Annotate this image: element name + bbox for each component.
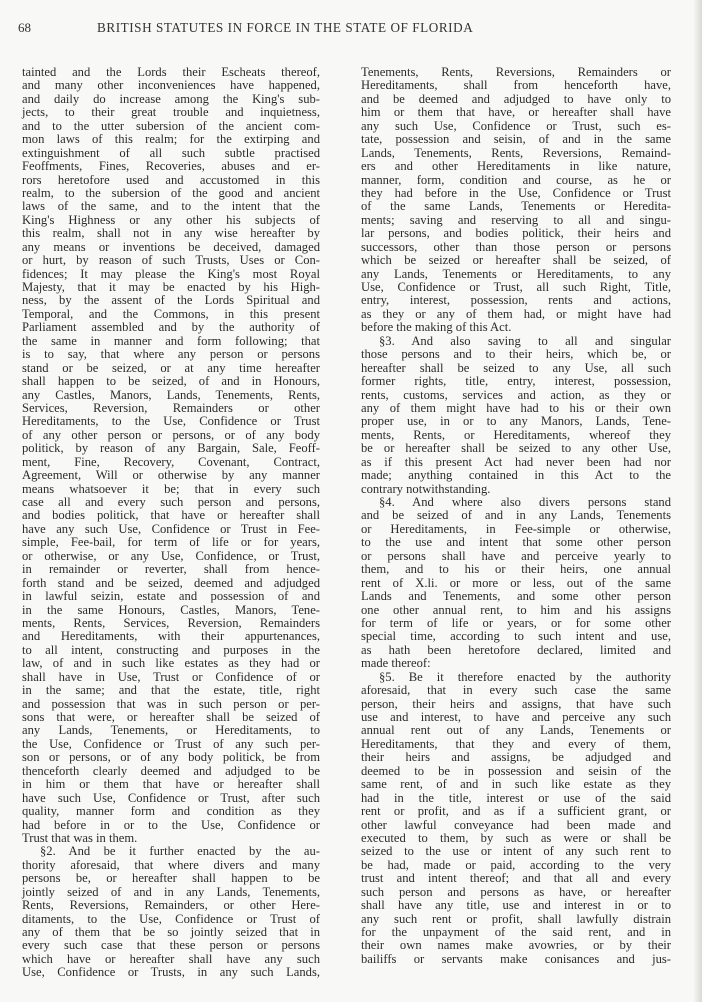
page-number: 68 (18, 20, 31, 36)
text-line: jointly seized of and in any Lands, Tene… (22, 886, 320, 899)
text-line: him or them that have, or hereafter shal… (361, 106, 671, 119)
text-line: ditaments, to the Use, Confidence or Tru… (22, 913, 320, 926)
text-line: their heirs and assigns, be adjudged and (361, 751, 671, 764)
text-line: shall have any title, use and interest i… (361, 899, 671, 912)
text-line: to all intent, constructing and purposes… (22, 644, 320, 657)
text-line: contrary notwithstanding. (361, 483, 671, 496)
text-line: any of them might have had to his or the… (361, 402, 671, 415)
text-line: those persons and to their heirs, which … (361, 348, 671, 361)
text-line: ness, by the assent of the Lords Spiritu… (22, 294, 320, 307)
text-line: had in the title, interest or use of the… (361, 792, 671, 805)
text-line: trust and intent thereof; and that all a… (361, 872, 671, 885)
text-line: be or hereafter shall be seized to any o… (361, 442, 671, 455)
text-line: ments, Rents, or Hereditaments, whereof … (361, 429, 671, 442)
text-line: executed to them, by such as were or sha… (361, 832, 671, 845)
text-line: seized to the use or intent of any such … (361, 845, 671, 858)
running-title: BRITISH STATUTES IN FORCE IN THE STATE O… (97, 20, 473, 36)
text-line: or Hereditaments, in Fee-simple or other… (361, 523, 671, 536)
text-line: thenceforth clearly deemed and adjudged … (22, 765, 320, 778)
text-line: rents, customs, services and action, as … (361, 389, 671, 402)
text-line: which be seized or hereafter shall be se… (361, 254, 671, 267)
text-line: or otherwise, or any Use, Confidence, or… (22, 550, 320, 563)
text-line: annual rent out of any Lands, Tenements … (361, 724, 671, 737)
text-line: Use, Confidence or Trusts, in any such L… (22, 966, 320, 979)
text-line: to the use and intent that some other pe… (361, 536, 671, 549)
text-line: is to say, that where any person or pers… (22, 348, 320, 361)
text-line: this realm, shall not in any wise hereaf… (22, 227, 320, 240)
text-line: the Use, Confidence or Trust of any such… (22, 738, 320, 751)
text-line: as hath been heretofore declared, limite… (361, 644, 671, 657)
text-line: in the same; and that the estate, title,… (22, 684, 320, 697)
text-line: case all and every such person and perso… (22, 496, 320, 509)
text-line: shall happen to be seized, of and in Hon… (22, 375, 320, 388)
text-line: shall have in Use, Trust or Confidence o… (22, 671, 320, 684)
text-line: forth stand and be seized, deemed and ad… (22, 577, 320, 590)
text-line: son or persons, or of any body politick,… (22, 751, 320, 764)
text-line: simple, Fee-bail, for term of life or fo… (22, 536, 320, 549)
text-line: means whatsoever it be; that in every su… (22, 483, 320, 496)
text-line: every such case that these person or per… (22, 939, 320, 952)
text-line: or persons shall have and perceive yearl… (361, 550, 671, 563)
text-line: thority aforesaid, that where divers and… (22, 859, 320, 872)
text-line: Feoffments, Fines, Recoveries, abuses an… (22, 160, 320, 173)
text-line: Hereditaments, to the Use, Confidence or… (22, 415, 320, 428)
text-line: realm, to the subersion of the good and … (22, 187, 320, 200)
text-line: §5. Be it therefore enacted by the autho… (361, 671, 671, 684)
text-line: any Lands, Tenements or Hereditaments, t… (361, 268, 671, 281)
text-line: same rent, of and in such like estate as… (361, 778, 671, 791)
text-line: of any other person or persons, or of an… (22, 429, 320, 442)
text-line: special time, according to such intent a… (361, 630, 671, 643)
text-line: bailiffs or servants make conisances and… (361, 953, 671, 966)
text-line: them, and to his or their heirs, one ann… (361, 563, 671, 576)
text-line: use and interest, to have and perceive a… (361, 711, 671, 724)
text-line: King's Highness or any other his subject… (22, 214, 320, 227)
scanned-page: 68 BRITISH STATUTES IN FORCE IN THE STAT… (0, 0, 702, 1002)
text-line: one other annual rent, to him and his as… (361, 604, 671, 617)
text-line: manner, form, condition and course, as h… (361, 174, 671, 187)
text-line: Majesty, that it may be enacted by his H… (22, 281, 320, 294)
text-line: rent or profit, and as if a sufficient g… (361, 805, 671, 818)
text-line: Hereditaments, shall from henceforth hav… (361, 79, 671, 92)
text-line: quality, manner form and condition as th… (22, 805, 320, 818)
text-line: in remainder or reverter, shall from hen… (22, 563, 320, 576)
text-line: Agreement, Will or otherwise by any mann… (22, 469, 320, 482)
text-line: before the making of this Act. (361, 321, 671, 334)
text-line: and to the utter subersion of the ancien… (22, 120, 320, 133)
text-line: any means or inventions be deceived, dam… (22, 241, 320, 254)
text-line: mon laws of this realm; for the extirpin… (22, 133, 320, 146)
text-line: in the same Honours, Castles, Manors, Te… (22, 604, 320, 617)
text-line: Lands and Tenements, and some other pers… (361, 590, 671, 603)
text-line: successors, other than those person or p… (361, 241, 671, 254)
text-line: hereafter shall be seized to any Use, al… (361, 362, 671, 375)
text-line: deemed to be in possession and seisin of… (361, 765, 671, 778)
text-line: proper use, in or to any Manors, Lands, … (361, 415, 671, 428)
text-line: for the unpayment of the said rent, and … (361, 926, 671, 939)
text-line: in him or them that have or hereafter sh… (22, 778, 320, 791)
page-edge-shadow (694, 0, 702, 1002)
text-line: and many other inconveniences have happe… (22, 79, 320, 92)
text-line: Rents, Reversions, Remainders, or other … (22, 899, 320, 912)
text-line: laws of the same, and to the intent that… (22, 200, 320, 213)
text-line: and bodies politick, that have or hereaf… (22, 509, 320, 522)
text-line: and be seized of and in any Lands, Tenem… (361, 509, 671, 522)
text-line: be had, made or paid, according to the v… (361, 859, 671, 872)
text-line: made; anything contained in this Act to … (361, 469, 671, 482)
text-line: Lands, Tenements, Rents, Reversions, Rem… (361, 147, 671, 160)
text-line: tainted and the Lords their Escheats the… (22, 66, 320, 79)
text-line: Hereditaments, that they and every of th… (361, 738, 671, 751)
text-line: tate, possession and seisin, of and in t… (361, 133, 671, 146)
text-line: any of them that be so jointly seized th… (22, 926, 320, 939)
text-line: jects, to their great trouble and inquie… (22, 106, 320, 119)
text-line: §3. And also saving to all and singular (361, 335, 671, 348)
text-line: Services, Reversion, Remainders or other (22, 402, 320, 415)
right-text-column: Tenements, Rents, Reversions, Remainders… (361, 66, 671, 966)
text-line: which have or hereafter shall have any s… (22, 953, 320, 966)
text-line: stand or be seized, or at any time herea… (22, 362, 320, 375)
text-line: sons that were, or hereafter shall be se… (22, 711, 320, 724)
text-line: and possession that was in such person o… (22, 698, 320, 711)
text-line: any such Use, Confidence or Trust, such … (361, 120, 671, 133)
text-line: persons be, or hereafter shall happen to… (22, 872, 320, 885)
text-line: their own names make avowries, or by the… (361, 939, 671, 952)
text-line: or hurt, by reason of such Trusts, Uses … (22, 254, 320, 267)
text-line: Use, Confidence or Trust, all such Right… (361, 281, 671, 294)
text-line: made thereof: (361, 657, 671, 670)
text-line: extinguishment of all such subtle practi… (22, 147, 320, 160)
text-line: former rights, title, entry, interest, p… (361, 375, 671, 388)
text-line: in lawful seizin, estate and possession … (22, 590, 320, 603)
text-line: politick, by reason of any Bargain, Sale… (22, 442, 320, 455)
text-line: other lawful conveyance had been made an… (361, 819, 671, 832)
text-line: any Lands, Tenements, or Hereditaments, … (22, 724, 320, 737)
text-line: entry, interest, possession, rents and a… (361, 294, 671, 307)
text-line: rent of X.li. or more or less, out of th… (361, 577, 671, 590)
left-text-column: tainted and the Lords their Escheats the… (22, 66, 320, 980)
text-line: person, their heirs and assigns, that ha… (361, 698, 671, 711)
text-line: have such Use, Confidence or Trust, afte… (22, 792, 320, 805)
text-line: and be deemed and adjudged to have only … (361, 93, 671, 106)
text-line: of the same Lands, Tenements or Heredita… (361, 200, 671, 213)
text-line: Tenements, Rents, Reversions, Remainders… (361, 66, 671, 79)
text-line: as they or any of them had, or might hav… (361, 308, 671, 321)
text-line: and Hereditaments, with their appurtenan… (22, 630, 320, 643)
text-line: lar persons, and bodies politick, their … (361, 227, 671, 240)
text-line: ments; saving and reserving to all and s… (361, 214, 671, 227)
text-line: any such rent or profit, shall lawfully … (361, 913, 671, 926)
text-line: §4. And where also divers persons stand (361, 496, 671, 509)
text-line: have any such Use, Confidence or Trust i… (22, 523, 320, 536)
text-line: §2. And be it further enacted by the au- (22, 845, 320, 858)
text-line: Parliament assembled and by the authorit… (22, 321, 320, 334)
text-line: had before in or to the Use, Confidence … (22, 819, 320, 832)
text-line: ments, Rents, Services, Reversion, Remai… (22, 617, 320, 630)
text-line: for term of life or years, or for some o… (361, 617, 671, 630)
text-line: Temporal, and the Commons, in this prese… (22, 308, 320, 321)
text-line: such person and persons as have, or here… (361, 886, 671, 899)
running-head: 68 BRITISH STATUTES IN FORCE IN THE STAT… (0, 20, 702, 40)
text-line: aforesaid, that in every such case the s… (361, 684, 671, 697)
text-line: ment, Fine, Recovery, Covenant, Contract… (22, 456, 320, 469)
text-line: rors heretofore used and accustomed in t… (22, 174, 320, 187)
text-line: law, of and in such like estates as they… (22, 657, 320, 670)
text-line: they had before in the Use, Confidence o… (361, 187, 671, 200)
text-line: the same in manner and form following; t… (22, 335, 320, 348)
text-line: as if this present Act had never been ha… (361, 456, 671, 469)
text-line: Trust that was in them. (22, 832, 320, 845)
text-line: any Castles, Manors, Lands, Tenements, R… (22, 389, 320, 402)
text-line: ers and other Hereditaments in like natu… (361, 160, 671, 173)
text-line: and daily do increase among the King's s… (22, 93, 320, 106)
text-line: fidences; It may please the King's most … (22, 268, 320, 281)
